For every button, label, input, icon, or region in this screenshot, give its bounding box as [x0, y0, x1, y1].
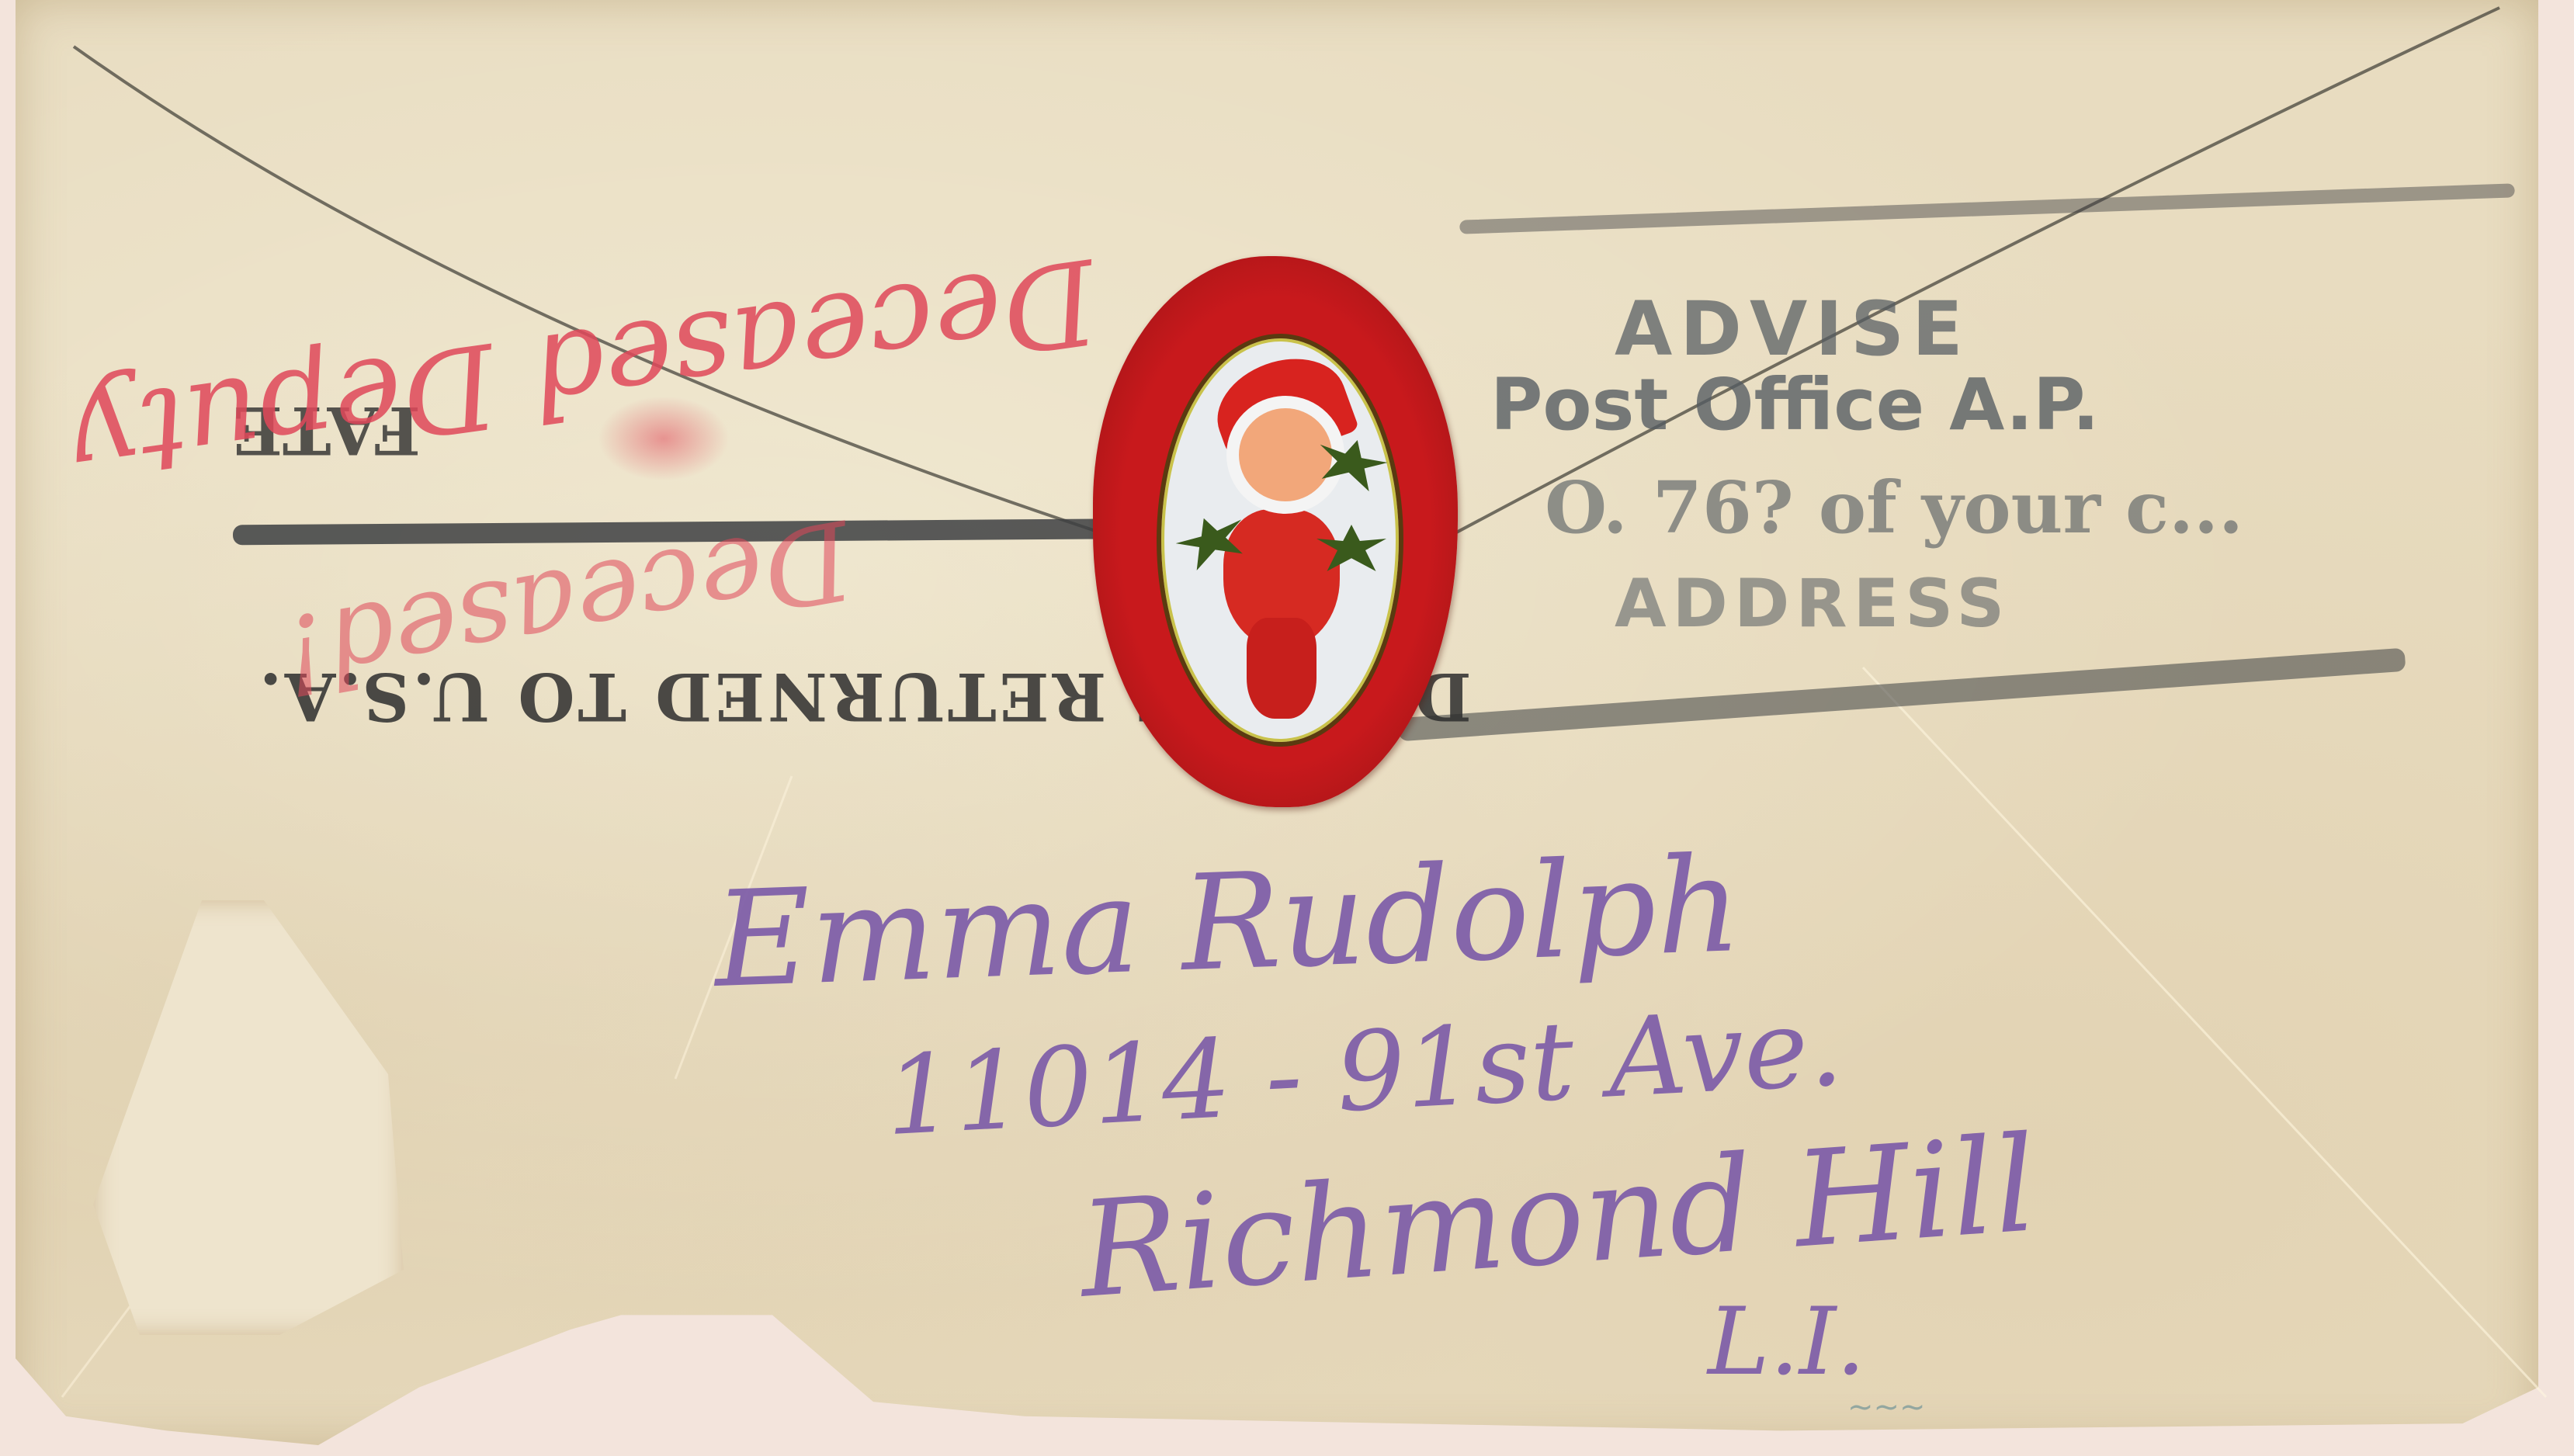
christmas-seal [1093, 256, 1458, 807]
advise-stamp-line1: ADVISE [1615, 286, 1971, 373]
advise-stamp-line3: O. 76? of your c... [1545, 466, 2243, 549]
return-address-state: L.I. [1708, 1288, 1865, 1396]
seal-illustration [1157, 334, 1403, 747]
advise-stamp-line2: Post Office A.P. [1490, 363, 2100, 446]
santa-legs-icon [1247, 618, 1316, 719]
faint-blue-mark: ~~~ [1847, 1389, 1926, 1425]
advise-stamp-line4: ADDRESS [1615, 565, 2010, 643]
child-face-icon [1239, 408, 1332, 501]
